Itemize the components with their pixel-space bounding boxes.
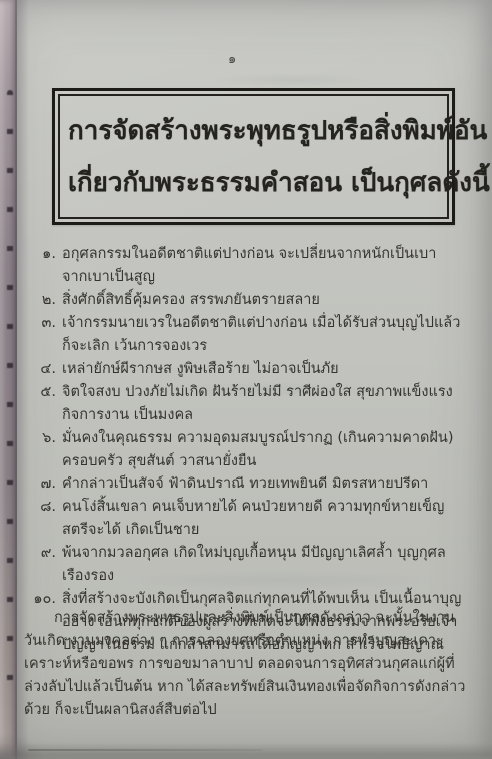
binding-stitch-marks (7, 90, 13, 710)
list-item-text: เจ้ากรรมนายเวรในอดีตชาติแต่ปางก่อน เมื่อ… (62, 312, 466, 358)
list-item: ๖. มั่นคงในคุณธรรม ความอุดมสมบูรณ์ปรากฏ … (28, 427, 466, 473)
list-item-number: ๙. (28, 542, 62, 565)
bottom-left-corner-shadow (0, 719, 60, 759)
list-item: ๙. พ้นจากมวลอกุศล เกิดใหม่บุญเกื้อหนุน ม… (28, 542, 466, 588)
merit-list: ๑. อกุศลกรรมในอดีตชาติแต่ปางก่อน จะเปลี่… (28, 243, 466, 657)
title-box-inner-border: การจัดสร้างพระพุทธรูปหรือสิ่งพิมพ์อัน เก… (58, 94, 449, 219)
list-item: ๓. เจ้ากรรมนายเวรในอดีตชาติแต่ปางก่อน เม… (28, 312, 466, 358)
scanned-book-page: ๑ การจัดสร้างพระพุทธรูปหรือสิ่งพิมพ์อัน … (0, 0, 492, 759)
page-bottom-edge (0, 743, 492, 759)
list-item-number: ๒. (28, 289, 62, 312)
closing-paragraph: การจัดสร้างพระพุทธรูปและสิ่งพิมพ์เป็นกุศ… (24, 607, 466, 722)
list-item-number: ๑. (28, 243, 62, 266)
title-box: การจัดสร้างพระพุทธรูปหรือสิ่งพิมพ์อัน เก… (52, 88, 455, 225)
list-item-text: คนโง่สิ้นเขลา คนเจ็บหายได้ คนป่วยหายดี ค… (62, 496, 466, 542)
list-item: ๔. เหล่ายักษ์ผีรากษส งูพิษเสือร้าย ไม่อา… (28, 358, 466, 381)
page-number: ๑ (228, 48, 236, 69)
list-item-number: ๓. (28, 312, 62, 335)
list-item-text: สิ่งศักดิ์สิทธิ์คุ้มครอง สรรพภยันตรายสลา… (62, 289, 466, 312)
underlying-page-edge (28, 749, 263, 751)
page-title-line-1: การจัดสร้างพระพุทธรูปหรือสิ่งพิมพ์อัน (68, 105, 439, 157)
list-item: ๕. จิตใจสงบ ปวงภัยไม่เกิด ฝันร้ายไม่มี ร… (28, 381, 466, 427)
list-item-text: จิตใจสงบ ปวงภัยไม่เกิด ฝันร้ายไม่มี ราศี… (62, 381, 466, 427)
list-item-number: ๖. (28, 427, 62, 450)
list-item-number: ๕. (28, 381, 62, 404)
list-item-text: เหล่ายักษ์ผีรากษส งูพิษเสือร้าย ไม่อาจเป… (62, 358, 466, 381)
list-item-number: ๔. (28, 358, 62, 381)
list-item-number: ๗. (28, 473, 62, 496)
list-item-text: คำกล่าวเป็นสัจจ์ ฟ้าดินปราณี ทวยเทพยินดี… (62, 473, 466, 496)
list-item: ๑. อกุศลกรรมในอดีตชาติแต่ปางก่อน จะเปลี่… (28, 243, 466, 289)
list-item: ๘. คนโง่สิ้นเขลา คนเจ็บหายได้ คนป่วยหายด… (28, 496, 466, 542)
list-item: ๒. สิ่งศักดิ์สิทธิ์คุ้มครอง สรรพภยันตราย… (28, 289, 466, 312)
list-item-text: พ้นจากมวลอกุศล เกิดใหม่บุญเกื้อหนุน มีปั… (62, 542, 466, 588)
list-item: ๗. คำกล่าวเป็นสัจจ์ ฟ้าดินปราณี ทวยเทพยิ… (28, 473, 466, 496)
list-item-number: ๘. (28, 496, 62, 519)
list-item-text: อกุศลกรรมในอดีตชาติแต่ปางก่อน จะเปลี่ยนจ… (62, 243, 466, 289)
list-item-text: มั่นคงในคุณธรรม ความอุดมสมบูรณ์ปรากฏ (เก… (62, 427, 466, 473)
page-title-line-2: เกี่ยวกับพระธรรมคำสอน เป็นกุศลดังนี้ (68, 157, 439, 209)
